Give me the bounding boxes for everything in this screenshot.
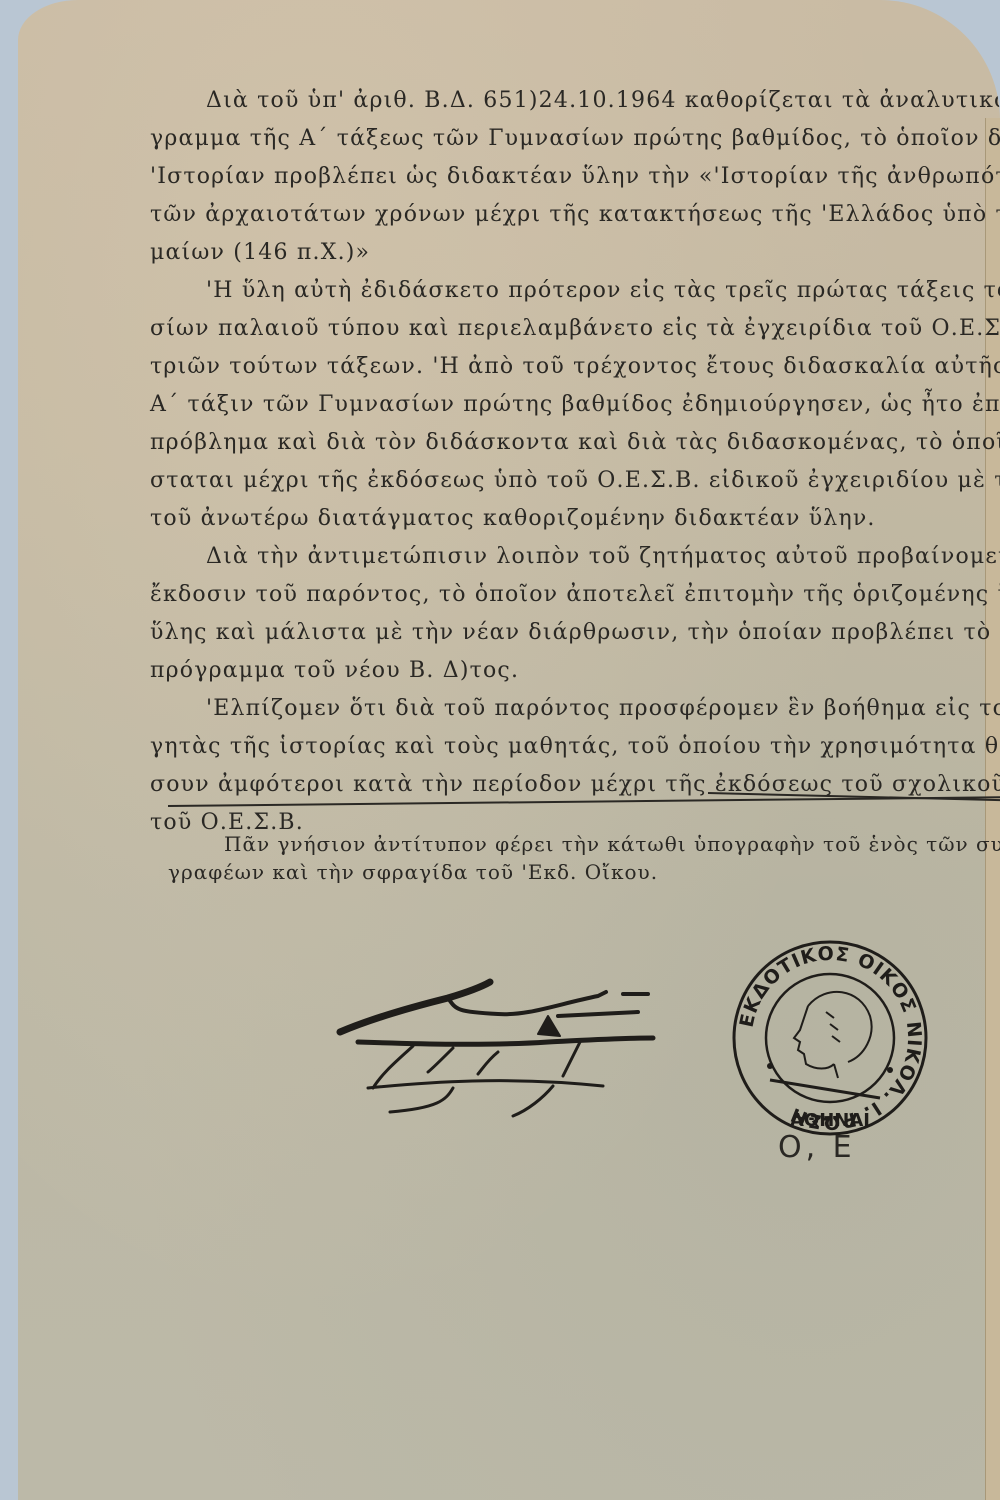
text-line: 'Ιστορίαν προβλέπει ὡς διδακτέαν ὕλην τὴ…	[150, 158, 1000, 196]
text-line: πρόβλημα καὶ διὰ τὸν διδάσκοντα καὶ διὰ …	[150, 424, 1000, 462]
svg-text:ΕΚΔΟΤΙΚΟΣ ΟΙΚΟΣ ΝΙΚΟΛ. Ι. ΡΩΣΗ: ΕΚΔΟΤΙΚΟΣ ΟΙΚΟΣ ΝΙΚΟΛ. Ι. ΡΩΣΗ	[736, 943, 926, 1133]
text-line: 'Ελπίζομεν ὅτι διὰ τοῦ παρόντος προσφέρο…	[150, 690, 1000, 728]
text-line: σίων παλαιοῦ τύπου καὶ περιελαμβάνετο εἰ…	[150, 310, 1000, 348]
paragraph-4: 'Ελπίζομεν ὅτι διὰ τοῦ παρόντος προσφέρο…	[150, 690, 1000, 842]
text-line: τοῦ ἀνωτέρω διατάγματος καθοριζομένην δι…	[150, 500, 1000, 538]
text-line: Διὰ τοῦ ὑπ' ἀριθ. Β.Δ. 651)24.10.1964 κα…	[150, 82, 1000, 120]
note-line: Πᾶν γνήσιον ἀντίτυπον φέρει τὴν κάτωθι ὑ…	[168, 830, 1000, 858]
note-line: γραφέων καὶ τὴν σφραγίδα τοῦ 'Εκδ. Οἴκου…	[168, 858, 1000, 886]
book-page: Διὰ τοῦ ὑπ' ἀριθ. Β.Δ. 651)24.10.1964 κα…	[18, 0, 1000, 1500]
preface-text: Διὰ τοῦ ὑπ' ἀριθ. Β.Δ. 651)24.10.1964 κα…	[150, 82, 1000, 842]
text-line: τῶν ἀρχαιοτάτων χρόνων μέχρι τῆς κατακτή…	[150, 196, 1000, 234]
text-line: σταται μέχρι τῆς ἐκδόσεως ὑπὸ τοῦ Ο.Ε.Σ.…	[150, 462, 1000, 500]
text-line: γητὰς τῆς ἱστορίας καὶ τοὺς μαθητάς, τοῦ…	[150, 728, 1000, 766]
text-line: τριῶν τούτων τάξεων. 'Η ἀπὸ τοῦ τρέχοντο…	[150, 348, 1000, 386]
publisher-stamp: ΕΚΔΟΤΙΚΟΣ ΟΙΚΟΣ ΝΙΚΟΛ. Ι. ΡΩΣΗ ΑΘΗΝΑΙ	[730, 938, 930, 1138]
stamp-city: ΑΘΗΝΑΙ	[790, 1110, 870, 1131]
stamp-ring-text: ΕΚΔΟΤΙΚΟΣ ΟΙΚΟΣ ΝΙΚΟΛ. Ι. ΡΩΣΗ	[736, 943, 926, 1133]
text-line: γραμμα τῆς Α΄ τάξεως τῶν Γυμνασίων πρώτη…	[150, 120, 1000, 158]
paragraph-2: 'Η ὕλη αὐτὴ ἐδιδάσκετο πρότερον εἰς τὰς …	[150, 272, 1000, 538]
paragraph-3: Διὰ τὴν ἀντιμετώπισιν λοιπὸν τοῦ ζητήματ…	[150, 538, 1000, 690]
helmeted-head-icon	[794, 992, 872, 1078]
stamp-mark: Ο, Ε	[778, 1130, 856, 1165]
authenticity-note: Πᾶν γνήσιον ἀντίτυπον φέρει τὴν κάτωθι ὑ…	[168, 830, 1000, 886]
text-line: πρόγραμμα τοῦ νέου Β. Δ)τος.	[150, 652, 1000, 690]
text-line: 'Η ὕλη αὐτὴ ἐδιδάσκετο πρότερον εἰς τὰς …	[150, 272, 1000, 310]
text-line: ἔκδοσιν τοῦ παρόντος, τὸ ὁποῖον ἀποτελεῖ…	[150, 576, 1000, 614]
text-line: ὕλης καὶ μάλιστα μὲ τὴν νέαν διάρθρωσιν,…	[150, 614, 1000, 652]
author-signature	[328, 960, 668, 1120]
paragraph-1: Διὰ τοῦ ὑπ' ἀριθ. Β.Δ. 651)24.10.1964 κα…	[150, 82, 1000, 272]
text-line: Α΄ τάξιν τῶν Γυμνασίων πρώτης βαθμίδος ἐ…	[150, 386, 1000, 424]
text-line: μαίων (146 π.Χ.)»	[150, 234, 1000, 272]
text-line: Διὰ τὴν ἀντιμετώπισιν λοιπὸν τοῦ ζητήματ…	[150, 538, 1000, 576]
